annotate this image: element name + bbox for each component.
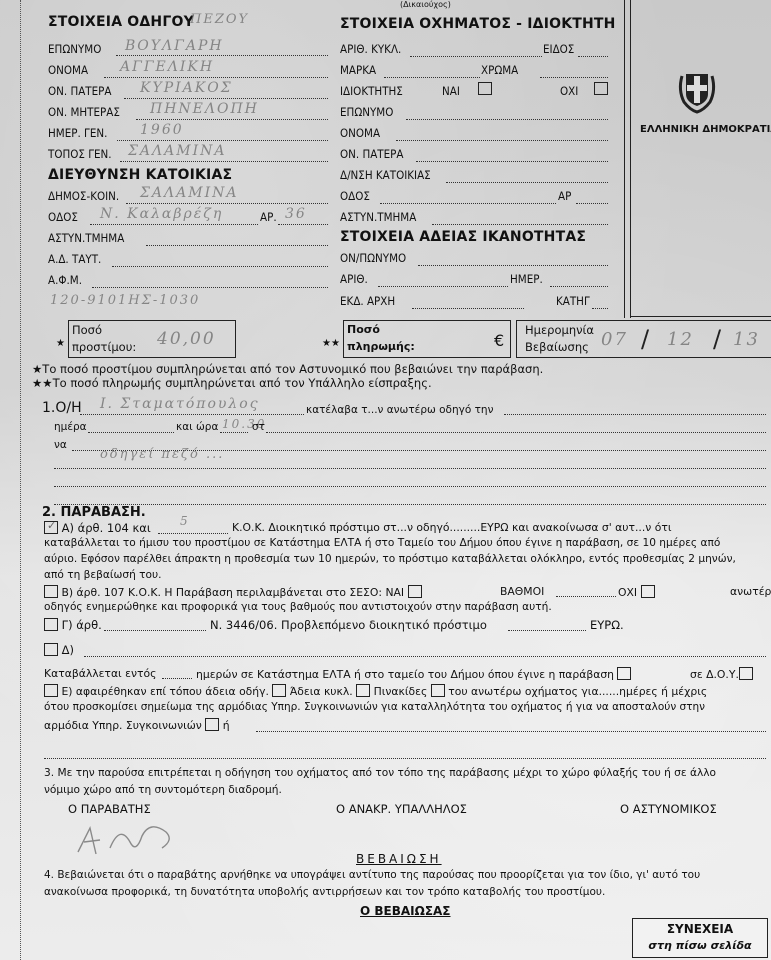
dotted-line [396, 140, 608, 141]
payment-within-label: Καταβάλλεται εντός [44, 667, 156, 680]
payment-label-1: Ποσό [347, 323, 380, 336]
dotted-line [380, 203, 556, 204]
section4-text-1: 4. Βεβαιώνεται ότι ο παραβάτης αρνήθηκε … [44, 869, 700, 881]
driver-birthplace-label: ΤΟΠΟΣ ΓΕΝ. [48, 147, 112, 161]
top-caption: (Δικαιούχος) [400, 0, 451, 9]
dotted-line [116, 55, 328, 56]
violation-e-text-3: ότου προσκομίσει σημείωμα της αρμόδιας Υ… [44, 701, 705, 713]
violation-c-label: Γ) άρθ. [62, 618, 102, 632]
owner-name-label: ΟΝΟΜΑ [340, 126, 380, 140]
tax-office-row: σε Δ.Ο.Υ. [690, 667, 753, 681]
owner-no-label: ΟΧΙ [560, 84, 578, 98]
transport-service-checkbox[interactable] [205, 718, 219, 731]
violation-d-label: Δ) [62, 643, 74, 657]
dotted-line [384, 77, 480, 78]
continue-box: ΣΥΝΕΧΕΙΑ στη πίσω σελίδα [632, 918, 768, 958]
seso-no-label: ΟΧΙ [618, 586, 637, 599]
violation-a-text-3: καταβάλλεται το ήμισυ του προστίμου σε Κ… [44, 537, 720, 549]
owner-police-dept-label: ΑΣΤΥΝ.ΤΜΗΜΑ [340, 210, 416, 224]
dotted-line [54, 468, 766, 469]
divider-line [624, 0, 625, 318]
dotted-line [578, 56, 608, 57]
driver-header-annotation: ΠΕΖΟΥ [190, 12, 249, 27]
driver-father-field[interactable]: ΚΥΡΙΑΚΟΣ [140, 80, 233, 96]
signatory-officer: Ο ΑΣΤΥΝΟΜΙΚΟΣ [620, 802, 717, 816]
officer-field[interactable]: Ι. Σταματόπουλος [100, 396, 260, 412]
signatory-offender: Ο ΠΑΡΑΒΑΤΗΣ [68, 802, 151, 816]
owner-no-checkbox[interactable] [594, 82, 608, 95]
greek-coat-of-arms-icon [676, 68, 718, 114]
vehicle-header: ΣΤΟΙΧΕΙΑ ΟΧΗΜΑΤΟΣ - ΙΔΙΟΚΤΗΤΗ [340, 16, 616, 32]
plate-label: ΑΡΙΘ. ΚΥΚΛ. [340, 42, 401, 56]
date-separator: / [641, 325, 649, 353]
color-label: ΧΡΩΜΑ [481, 63, 518, 77]
violation-c-checkbox[interactable] [44, 618, 58, 631]
time-label: και ώρα [176, 421, 218, 433]
violation-c-currency: ΕΥΡΩ. [590, 618, 624, 632]
driver-name-label: ΟΝΟΜΑ [48, 63, 88, 77]
place-label: στ [252, 421, 265, 433]
dotted-line [418, 265, 608, 266]
fine-amount-box: Ποσό προστίμου: 40,00 [68, 320, 236, 358]
owner-yes-checkbox[interactable] [478, 82, 492, 95]
section3-text-2: νόμιμο χώρο από τη συντομότερη διαδρομή. [44, 784, 282, 796]
dotted-line [278, 224, 328, 225]
violation-a-text-5: από τη βεβαίωσή του. [44, 569, 162, 581]
street-label: ΟΔΟΣ [48, 210, 78, 224]
owner-street-label: ΟΔΟΣ [340, 189, 370, 203]
owner-surname-label: ΕΠΩΝΥΜΟ [340, 105, 393, 119]
fine-star: ★ [56, 338, 65, 349]
date-day-field[interactable]: 07 [601, 329, 628, 350]
owner-label: ΙΔΙΟΚΤΗΤΗΣ [340, 84, 403, 98]
violation-e-checkbox[interactable] [44, 684, 58, 697]
dotted-line [446, 182, 608, 183]
dotted-line [508, 630, 586, 631]
violation-a-checkbox[interactable] [44, 521, 58, 534]
owner-yes-label: ΝΑΙ [442, 84, 460, 98]
dotted-line [378, 286, 508, 287]
license-category-label: ΚΑΤΗΓ [556, 294, 590, 308]
driver-mother-field[interactable]: ΠΗΝΕΛΟΠΗ [150, 101, 259, 117]
traffic-ticket-document: (Δικαιούχος) ΣΤΟΙΧΕΙΑ ΟΔΗΓΟΥ ΠΕΖΟΥ ΕΠΩΝΥ… [0, 0, 771, 960]
signatory-clerk: Ο ΑΝΑΚΡ. ΥΠΑΛΛΗΛΟΣ [336, 802, 467, 816]
caught-text: κατέλαβα τ...ν ανωτέρω οδηγό την [306, 404, 493, 416]
dotted-line [117, 140, 328, 141]
violation-d-checkbox[interactable] [44, 643, 58, 656]
municipality-cashier-checkbox[interactable] [617, 667, 631, 680]
republic-label: ΕΛΛΗΝΙΚΗ ΔΗΜΟΚΡΑΤΙΑ [640, 124, 771, 135]
license-authority-label: ΕΚΔ. ΑΡΧΗ [340, 294, 395, 308]
section2-d-row: Δ) [44, 643, 74, 657]
dotted-line [92, 287, 328, 288]
dotted-line [44, 758, 766, 759]
street-field[interactable]: Ν. Καλαβρέζη [100, 206, 223, 222]
dotted-line [266, 432, 766, 433]
tax-office-checkbox[interactable] [739, 667, 753, 680]
brand-label: ΜΑΡΚΑ [340, 63, 376, 77]
date-year-field[interactable]: 13 [733, 329, 760, 350]
seso-no-checkbox[interactable] [641, 585, 655, 598]
violation-b-label: Β) άρθ. 107 Κ.Ο.Κ. Η Παράβαση περιλαμβάν… [61, 586, 404, 599]
driver-mother-label: ΟΝ. ΜΗΤΕΡΑΣ [48, 105, 120, 119]
license-date-label: ΗΜΕΡ. [510, 272, 543, 286]
driver-father-label: ΟΝ. ΠΑΤΕΡΑ [48, 84, 111, 98]
signature-icon [70, 818, 190, 860]
certifier-label: Ο ΒΕΒΑΙΩΣΑΣ [360, 904, 451, 918]
dotted-line [126, 203, 328, 204]
dotted-line [556, 596, 616, 597]
dotted-line [410, 56, 542, 57]
section2-b-row: Β) άρθ. 107 Κ.Ο.Κ. Η Παράβαση περιλαμβάν… [44, 585, 422, 599]
dotted-line [416, 161, 608, 162]
section2-header: 2. ΠΑΡΑΒΑΣΗ. [42, 505, 146, 520]
violation-a-label: Α) άρθ. 104 και [62, 521, 151, 535]
description-line-1[interactable]: οδηγεί πεζό ... [100, 447, 224, 462]
violation-b-tail: ανωτέρω [730, 585, 771, 598]
vehicle-type-label: ΕΙΔΟΣ [543, 42, 574, 56]
owner-number-label: ΑΡ [558, 189, 571, 203]
dotted-line [54, 504, 766, 505]
dotted-line [540, 77, 608, 78]
continue-subtext: στη πίσω σελίδα [633, 939, 767, 952]
fine-label-2: προστίμου: [72, 340, 136, 354]
driver-header: ΣΤΟΙΧΕΙΑ ΟΔΗΓΟΥ [48, 14, 194, 30]
dotted-line [406, 119, 608, 120]
payment-note: ★★Το ποσό πληρωμής συμπληρώνεται από τον… [32, 376, 432, 390]
dotted-line [104, 77, 328, 78]
continue-label: ΣΥΝΕΧΕΙΑ [633, 922, 767, 936]
owner-father-label: ΟΝ. ΠΑΤΕΡΑ [340, 147, 403, 161]
dotted-line [54, 486, 766, 487]
dotted-line [146, 245, 328, 246]
points-label: ΒΑΘΜΟΙ [500, 585, 544, 598]
driver-name-field[interactable]: ΑΓΓΕΛΙΚΗ [120, 59, 214, 75]
violation-c-law: Ν. 3446/06. Προβλεπόμενο διοικητικό πρόσ… [210, 618, 487, 632]
divider-line [630, 0, 631, 318]
municipality-label: ΔΗΜΟΣ-ΚΟΙΝ. [48, 189, 119, 203]
date-label-2: Βεβαίωσης [525, 340, 589, 354]
license-name-label: ΟΝ/ΠΩΝΥΜΟ [340, 251, 406, 265]
dotted-line [120, 161, 328, 162]
payment-amount-box: Ποσό πληρωμής: € [343, 320, 511, 358]
police-dept-label: ΑΣΤΥΝ.ΤΜΗΜΑ [48, 231, 124, 245]
dotted-line [220, 432, 248, 433]
dotted-line [412, 308, 524, 309]
dotted-line [124, 98, 328, 99]
seso-yes-checkbox[interactable] [408, 585, 422, 598]
dotted-line [162, 678, 192, 679]
section2-c-row: Γ) άρθ. [44, 618, 102, 632]
section3-text-1: 3. Με την παρούσα επιτρέπεται η οδήγηση … [44, 767, 716, 779]
section2-e-row: Ε) αφαιρέθηκαν επί τόπου άδεια οδήγ. Άδε… [44, 684, 707, 698]
dotted-line [550, 286, 608, 287]
section4-text-2: ανακοίνωσα προφορικά, τη δυνατότητα υποβ… [44, 886, 605, 898]
purpose-label: να [54, 439, 67, 451]
dotted-line [104, 630, 206, 631]
driver-surname-label: ΕΠΩΝΥΜΟ [48, 42, 101, 56]
driver-birthdate-label: ΗΜΕΡ. ΓΕΝ. [48, 126, 107, 140]
driving-license-checkbox[interactable] [272, 684, 286, 697]
dotted-line [80, 414, 304, 415]
owner-address-label: Δ/ΝΣΗ ΚΑΤΟΙΚΙΑΣ [340, 168, 431, 182]
payment-star: ★★ [322, 338, 340, 349]
driver-birthplace-field[interactable]: ΣΑΛΑΜΙΝΑ [128, 143, 226, 159]
violation-a-text-2: Κ.Ο.Κ. Διοικητικό πρόστιμο στ...ν οδηγό.… [232, 521, 672, 534]
seso-no-row: ΟΧΙ [618, 585, 655, 599]
fine-note: ★Το ποσό προστίμου συμπληρώνεται από τον… [32, 362, 543, 376]
license-number-label: ΑΡΙΘ. [340, 272, 368, 286]
dotted-line [504, 414, 766, 415]
dotted-line [256, 731, 766, 732]
violation-b-checkbox[interactable] [44, 585, 58, 598]
street-number-label: ΑΡ. [260, 210, 277, 224]
vehicle-license-checkbox[interactable] [356, 684, 370, 697]
date-separator: / [713, 325, 721, 353]
dotted-line [112, 266, 328, 267]
date-label-1: Ημερομηνία [525, 323, 594, 337]
driver-birthdate-field[interactable]: 1960 [140, 122, 184, 138]
certification-title: ΒΕΒΑΙΩΣΗ [356, 852, 442, 866]
violation-e-row-4: αρμόδια Υπηρ. Συγκοινωνιών ή [44, 718, 230, 732]
residence-header: ΔΙΕΥΘΥΝΣΗ ΚΑΤΟΙΚΙΑΣ [48, 167, 232, 183]
dotted-line [136, 119, 328, 120]
fine-amount-field[interactable]: 40,00 [157, 329, 216, 349]
license-header: ΣΤΟΙΧΕΙΑ ΑΔΕΙΑΣ ΙΚΑΝΟΤΗΤΑΣ [340, 229, 586, 245]
dotted-line [432, 224, 608, 225]
fine-label-1: Ποσό [72, 323, 102, 337]
municipality-field[interactable]: ΣΑΛΑΜΙΝΑ [140, 185, 238, 201]
dotted-line [158, 533, 228, 534]
date-prefix: ημέρα [54, 421, 87, 433]
dotted-line [576, 203, 608, 204]
tax-id-label: Α.Φ.Μ. [48, 273, 82, 287]
certification-date-box: Ημερομηνία Βεβαίωσης 07 / 12 / 13 [516, 320, 771, 358]
section2-a-row: Α) άρθ. 104 και [44, 521, 151, 535]
article-field[interactable]: 5 [180, 514, 190, 528]
dotted-line [90, 224, 258, 225]
date-month-field[interactable]: 12 [667, 329, 694, 350]
violation-a-text-4: αύριο. Εφόσον παρέλθει άπρακτη η προθεσμ… [44, 553, 736, 565]
dotted-line [88, 432, 174, 433]
dotted-line [84, 656, 766, 657]
extra-handwriting: 120-9101ΗΣ-1030 [50, 293, 200, 308]
dotted-line [592, 308, 608, 309]
payment-label-2: πληρωμής: [347, 340, 415, 353]
plates-checkbox[interactable] [431, 684, 445, 697]
section1-number: 1.Ο/Η [42, 400, 82, 416]
page-edge [20, 0, 22, 960]
divider-line [630, 316, 771, 317]
violation-b-text-2: οδηγός ενημερώθηκε και προφορικά για του… [44, 601, 552, 613]
payment-place-text: ημερών σε Κατάστημα ΕΛΤΑ ή στο ταμείο το… [196, 667, 631, 681]
id-card-label: Α.Δ. ΤΑΥΤ. [48, 252, 101, 266]
street-number-field[interactable]: 36 [285, 206, 307, 222]
euro-icon: € [494, 331, 504, 350]
driver-surname-field[interactable]: ΒΟΥΛΓΑΡΗ [125, 38, 224, 54]
